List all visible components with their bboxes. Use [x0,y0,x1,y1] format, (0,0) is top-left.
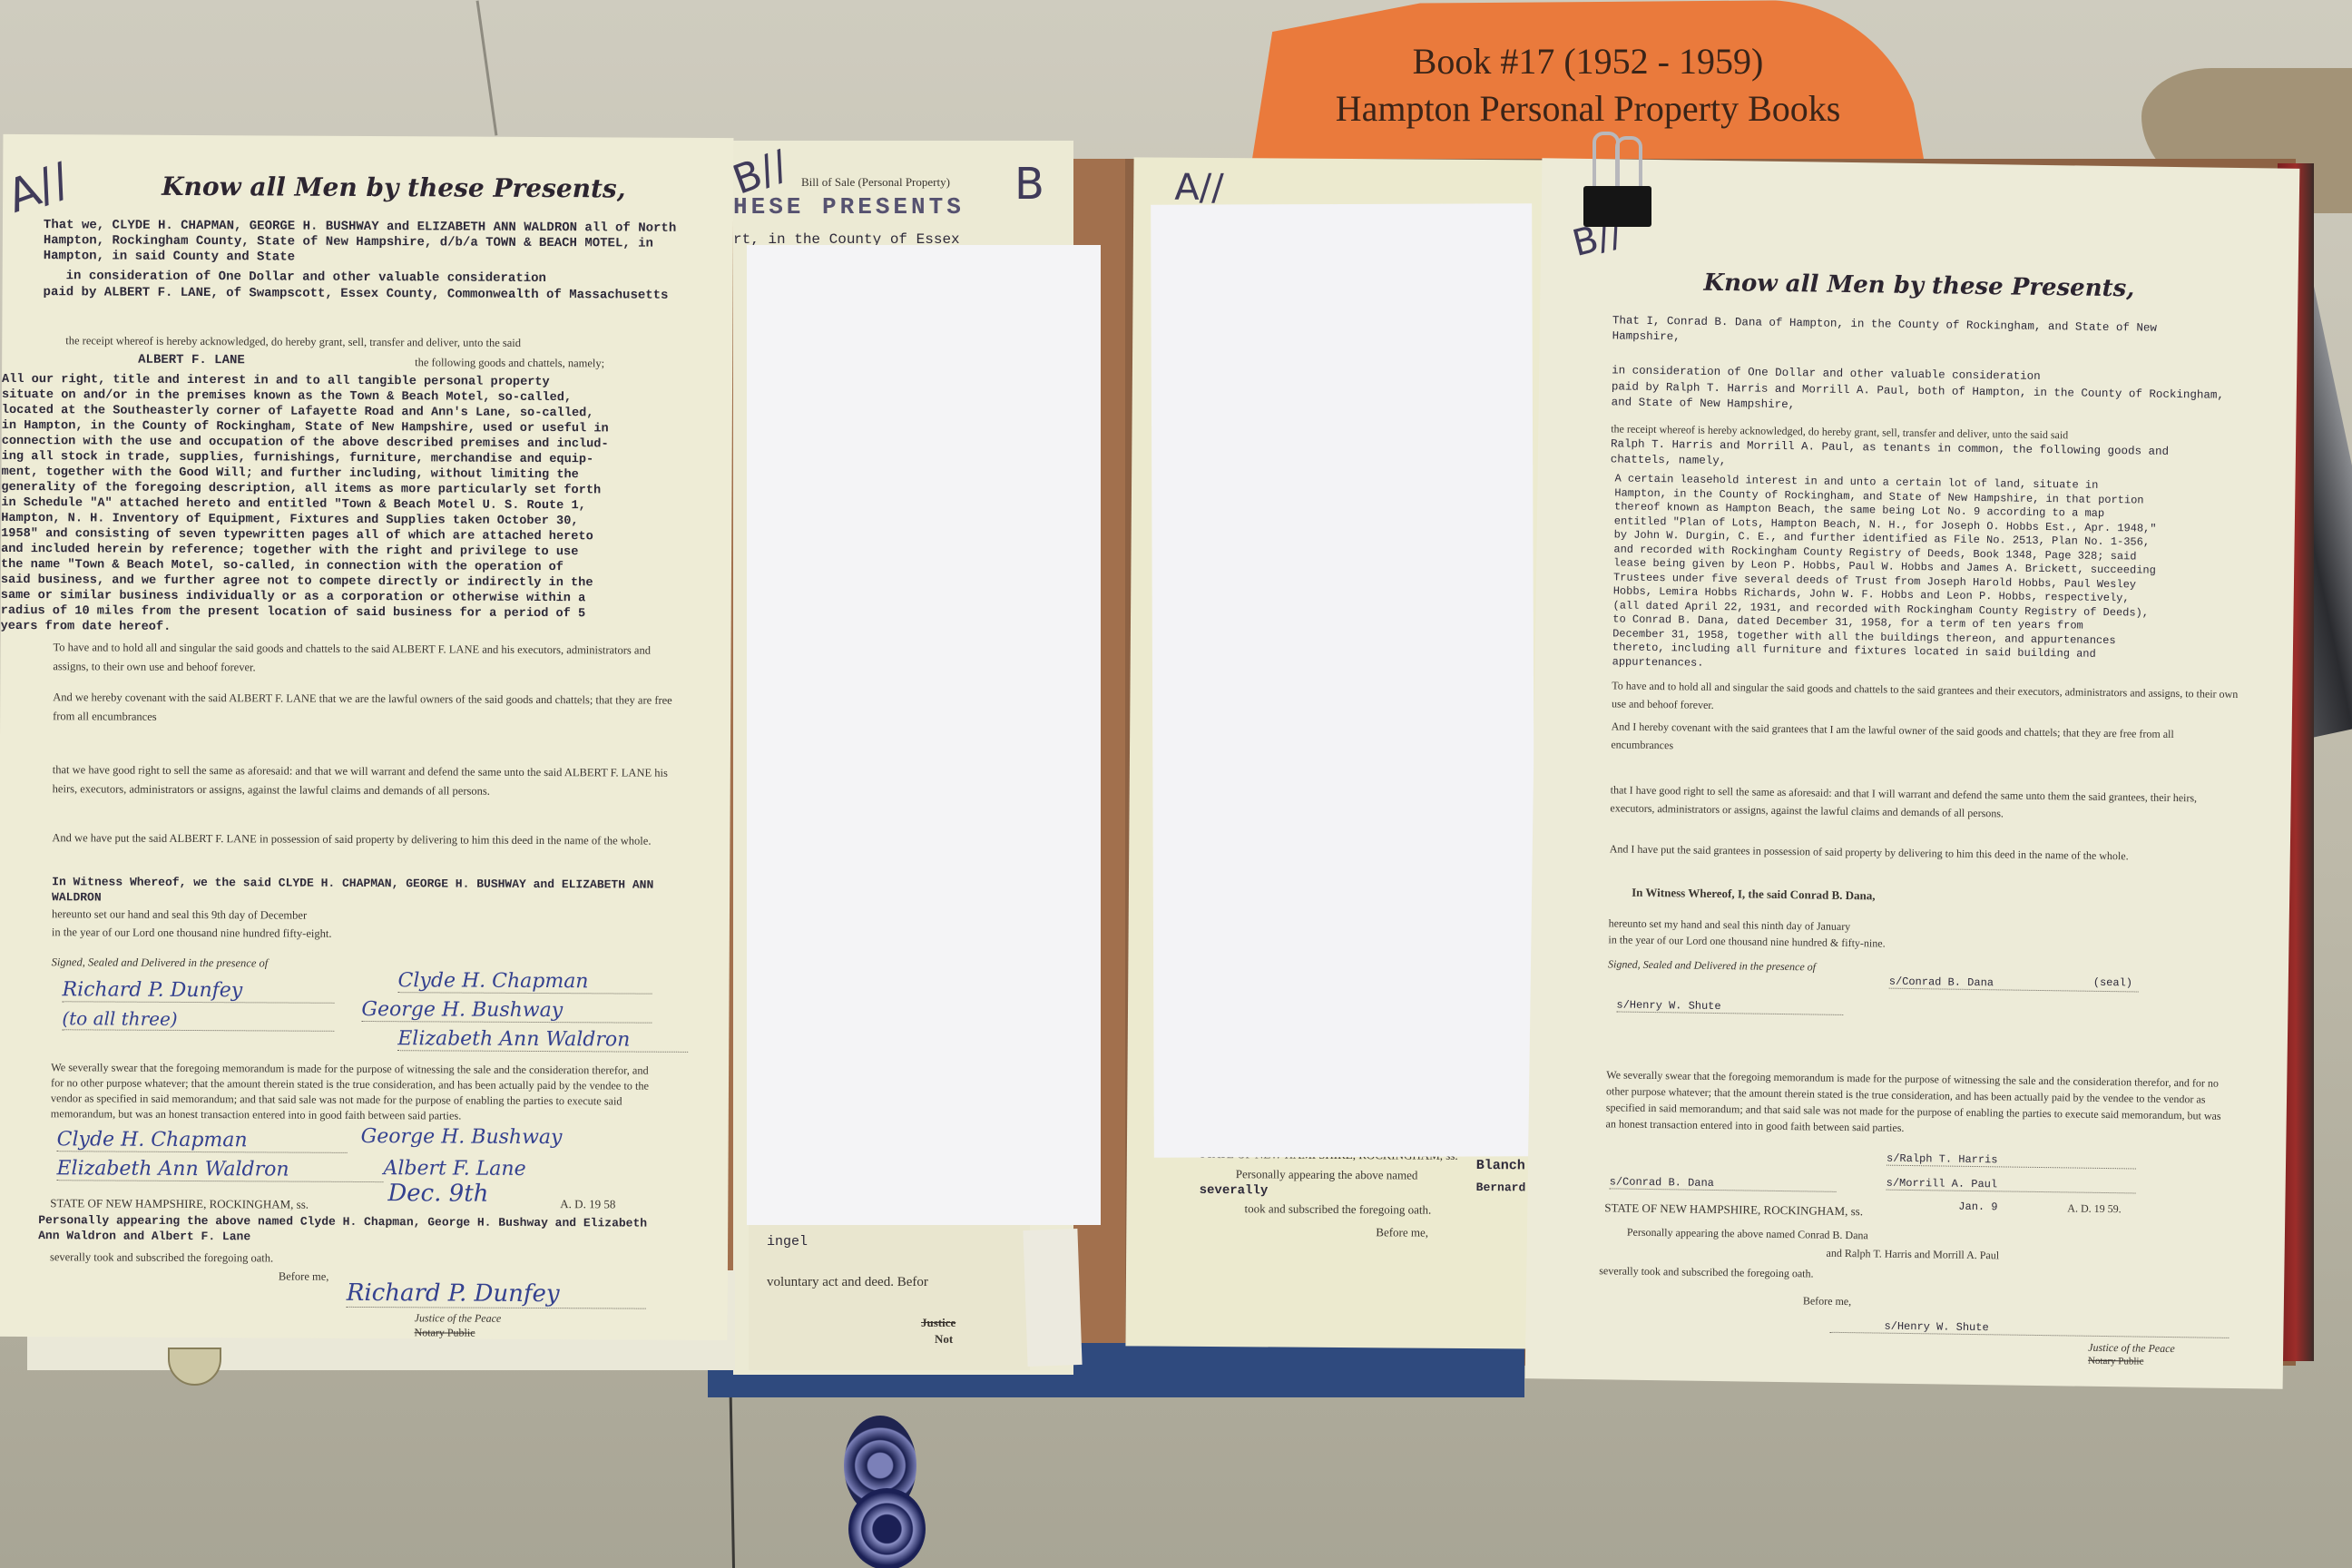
form-title: Bill of Sale (Personal Property) [801,175,950,190]
subscribed-text: severally took and subscribed the forego… [50,1250,273,1265]
justice-signature: Richard P. Dunfey [347,1279,646,1309]
body-text: All our right, title and interest in and… [1,372,733,638]
justice-title: Justice of the Peace [415,1311,502,1326]
state-date: Jan. 9 [1958,1200,1997,1214]
grantee-name: ALBERT F. LANE [138,353,245,368]
state-line: STATE OF NEW HAMPSHIRE, ROCKINGHAM, ss. [50,1196,309,1211]
fragment-line: voluntary act and deed. Befor [767,1275,928,1290]
heading-fragment: HESE PRESENTS [733,193,965,220]
corner-mark-right: B [1014,159,1044,210]
witness-text: In Witness Whereof, we the said CLYDE H.… [52,874,687,908]
habendum-text: To have and to hold all and singular the… [53,638,688,680]
severally-text: severally [1200,1183,1269,1199]
middle-document-bottom: ingel voluntary act and deed. Befor Just… [749,1225,1030,1370]
signed-label: Signed, Sealed and Delivered in the pres… [52,955,269,970]
book-label-line2: Hampton Personal Property Books [1252,85,1924,132]
name-fragment: Bernard [1476,1181,1526,1194]
document-heading: Know all Men by these Presents, [162,171,625,204]
book-label-line1: Book #17 (1952 - 1959) [1252,38,1924,85]
fragment-line: Not [935,1332,953,1347]
justice-title: Justice of the Peace [2088,1341,2175,1356]
blank-sheet [1151,203,1535,1157]
oath-text: We severally swear that the foregoing me… [1605,1066,2232,1141]
signed-label: Signed, Sealed and Delivered in the pres… [1608,957,1816,974]
ad-year: A. D. 19 59. [2067,1201,2122,1216]
oath-signature: s/Morrill A. Paul [1886,1177,2136,1194]
oath-signature: Elizabeth Ann Waldron [56,1157,383,1182]
possession-text: And we have put the said ALBERT F. LANE … [52,828,687,851]
appearing-text: Personally appearing the above named Con… [1627,1226,2171,1247]
paid-by-text: paid by ALBERT F. LANE, of Swampscott, E… [44,285,697,304]
grantor-signature: Elizabeth Ann Waldron [397,1027,688,1053]
loose-paper [1023,1229,1082,1367]
oath-signature: s/Conrad B. Dana [1610,1175,1837,1191]
before-me: Before me, [1803,1294,1852,1308]
notary-struck: Notary Public [2088,1356,2144,1367]
appearing-text: Personally appearing the above named Cly… [38,1212,664,1247]
blank-sheet [747,245,1101,1225]
state-date: Dec. 9th [387,1180,488,1208]
set-hand-text: hereunto set our hand and seal this 9th … [52,907,687,925]
left-document: A// Know all Men by these Presents, That… [0,134,733,1340]
button-pin [848,1488,926,1568]
justice-signature: s/Henry W. Shute [1829,1319,2229,1338]
fragment-line: ingel [767,1234,808,1249]
oath-signature: Clyde H. Chapman [57,1128,348,1153]
document-heading: Know all Men by these Presents, [1703,269,2134,303]
grantor-text: That I, Conrad B. Dana of Hampton, in th… [1612,313,2229,352]
body-line: years from date hereof. [1,619,731,638]
witness-text: In Witness Whereof, I, the said Conrad B… [1632,886,2258,909]
witness-note: (to all three) [62,1007,334,1032]
warrant-text: that we have good right to sell the same… [53,760,688,802]
possession-text: And I have put the said grantees in poss… [1610,839,2236,867]
corner-mark: A// [0,152,75,222]
binder-clip [1583,186,1651,227]
appearing-text: Personally appearing the above named [1236,1167,1418,1182]
subscribed-text: took and subscribed the foregoing oath. [1244,1201,1431,1217]
body-text: A certain leasehold interest in and unto… [1612,472,2250,678]
name-fragment: Blanch [1476,1158,1525,1173]
seal-label: (seal) [2093,976,2132,990]
year-text: in the year of our Lord one thousand nin… [52,926,687,943]
corner-mark: A// [1174,167,1224,209]
witness-signature: s/Henry W. Shute [1616,998,1843,1014]
right-document: B// Know all Men by these Presents, That… [1525,158,2300,1389]
witness-signature: Richard P. Dunfey [62,978,334,1004]
before-me: Before me, [279,1270,329,1284]
oath-signature: Albert F. Lane [383,1157,525,1181]
warrant-text: that I have good right to sell the same … [1610,780,2236,826]
grantor-signature: George H. Bushway [361,998,652,1024]
notary-struck: Notary Public [415,1326,475,1339]
ad-year: A. D. 19 58 [560,1197,615,1211]
goods-label: the following goods and chattels, namely… [415,356,604,370]
grantors-text: That we, CLYDE H. CHAPMAN, GEORGE H. BUS… [44,218,697,268]
habendum-text: To have and to hold all and singular the… [1612,676,2238,721]
covenant-text: And I hereby covenant with the said gran… [1611,717,2237,762]
oath-signature: George H. Bushway [361,1125,563,1149]
appearing-text-2: and Ralph T. Harris and Morrill A. Paul [1827,1247,2190,1266]
subscribed-text: severally took and subscribed the forego… [1599,1264,1813,1280]
covenant-text: And we hereby covenant with the said ALB… [53,688,688,730]
before-me: Before me, [1376,1225,1428,1240]
oath-signature: s/Ralph T. Harris [1886,1152,2136,1170]
fragment-line: Justice [921,1316,955,1330]
oath-text: We severally swear that the foregoing me… [51,1060,650,1124]
grantor-signature: Clyde H. Chapman [398,969,652,994]
state-line: STATE OF NEW HAMPSHIRE, ROCKINGHAM, ss. [1604,1200,1863,1219]
book-label-text: Book #17 (1952 - 1959) Hampton Personal … [1252,38,1924,132]
receipt-text: the receipt whereof is hereby acknowledg… [65,334,701,351]
